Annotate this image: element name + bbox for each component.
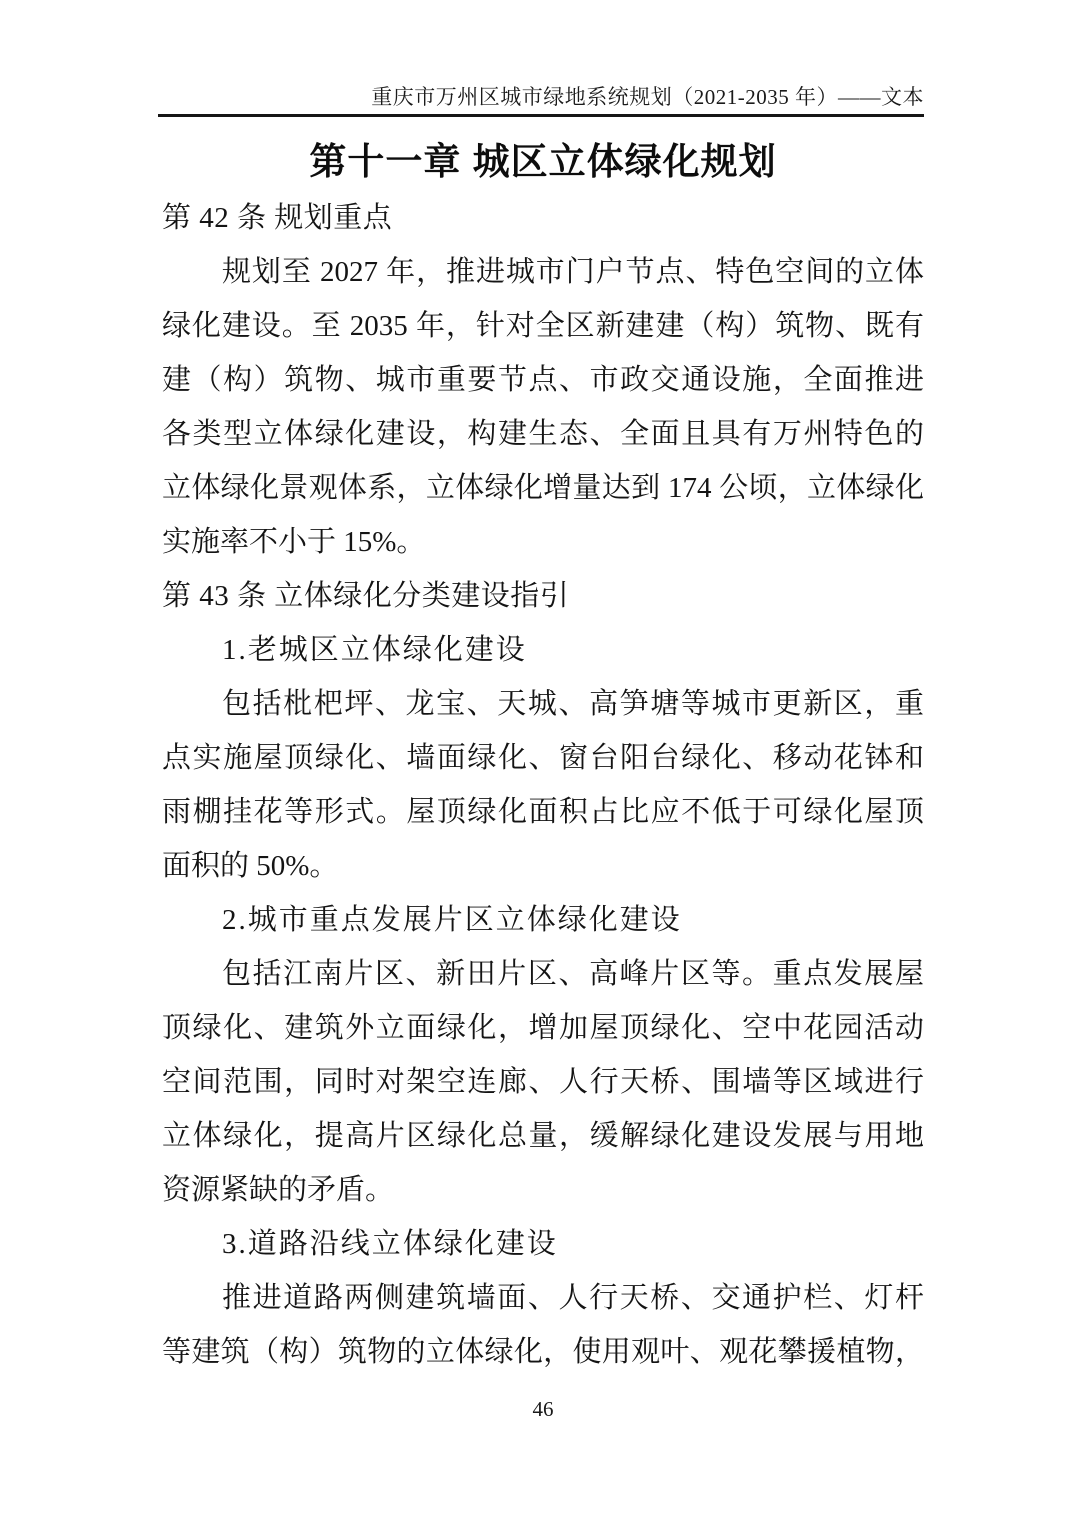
list-item-3-heading: 3.道路沿线立体绿化建设 [162,1217,924,1271]
text-line: 空间范围，同时对架空连廊、人行天桥、围墙等区域进行 [162,1055,924,1109]
list-item-2-heading: 2.城市重点发展片区立体绿化建设 [162,893,924,947]
text-line: 包括江南片区、新田片区、高峰片区等。重点发展屋 [162,947,924,1001]
list-item-1-heading: 1.老城区立体绿化建设 [162,623,924,677]
text-line: 等建筑（构）筑物的立体绿化，使用观叶、观花攀援植物， [162,1325,924,1379]
page-number: 46 [162,1396,924,1422]
text-line: 实施率不小于 15%。 [162,515,924,569]
text-line: 推进道路两侧建筑墙面、人行天桥、交通护栏、灯杆 [162,1271,924,1325]
text-line: 绿化建设。至 2035 年，针对全区新建建（构）筑物、既有 [162,299,924,353]
document-body: 第 42 条 规划重点 规划至 2027 年，推进城市门户节点、特色空间的立体 … [162,191,924,1379]
text-line: 资源紧缺的矛盾。 [162,1163,924,1217]
text-line: 顶绿化、建筑外立面绿化，增加屋顶绿化、空中花园活动 [162,1001,924,1055]
article-43-heading: 第 43 条 立体绿化分类建设指引 [162,569,924,623]
text-line: 包括枇杷坪、龙宝、天城、高笋塘等城市更新区，重 [162,677,924,731]
text-line: 面积的 50%。 [162,839,924,893]
article-42-heading: 第 42 条 规划重点 [162,191,924,245]
text-line: 建（构）筑物、城市重要节点、市政交通设施，全面推进 [162,353,924,407]
running-header: 重庆市万州区城市绿地系统规划（2021-2035 年）——文本 [162,84,924,110]
text-line: 规划至 2027 年，推进城市门户节点、特色空间的立体 [162,245,924,299]
chapter-title: 第十一章 城区立体绿化规划 [162,138,924,186]
document-page: 重庆市万州区城市绿地系统规划（2021-2035 年）——文本 第十一章 城区立… [0,0,1074,1520]
text-line: 雨棚挂花等形式。屋顶绿化面积占比应不低于可绿化屋顶 [162,785,924,839]
header-divider [158,114,924,117]
text-line: 立体绿化景观体系，立体绿化增量达到 174 公顷，立体绿化 [162,461,924,515]
text-line: 立体绿化，提高片区绿化总量，缓解绿化建设发展与用地 [162,1109,924,1163]
text-line: 点实施屋顶绿化、墙面绿化、窗台阳台绿化、移动花钵和 [162,731,924,785]
text-line: 各类型立体绿化建设，构建生态、全面且具有万州特色的 [162,407,924,461]
